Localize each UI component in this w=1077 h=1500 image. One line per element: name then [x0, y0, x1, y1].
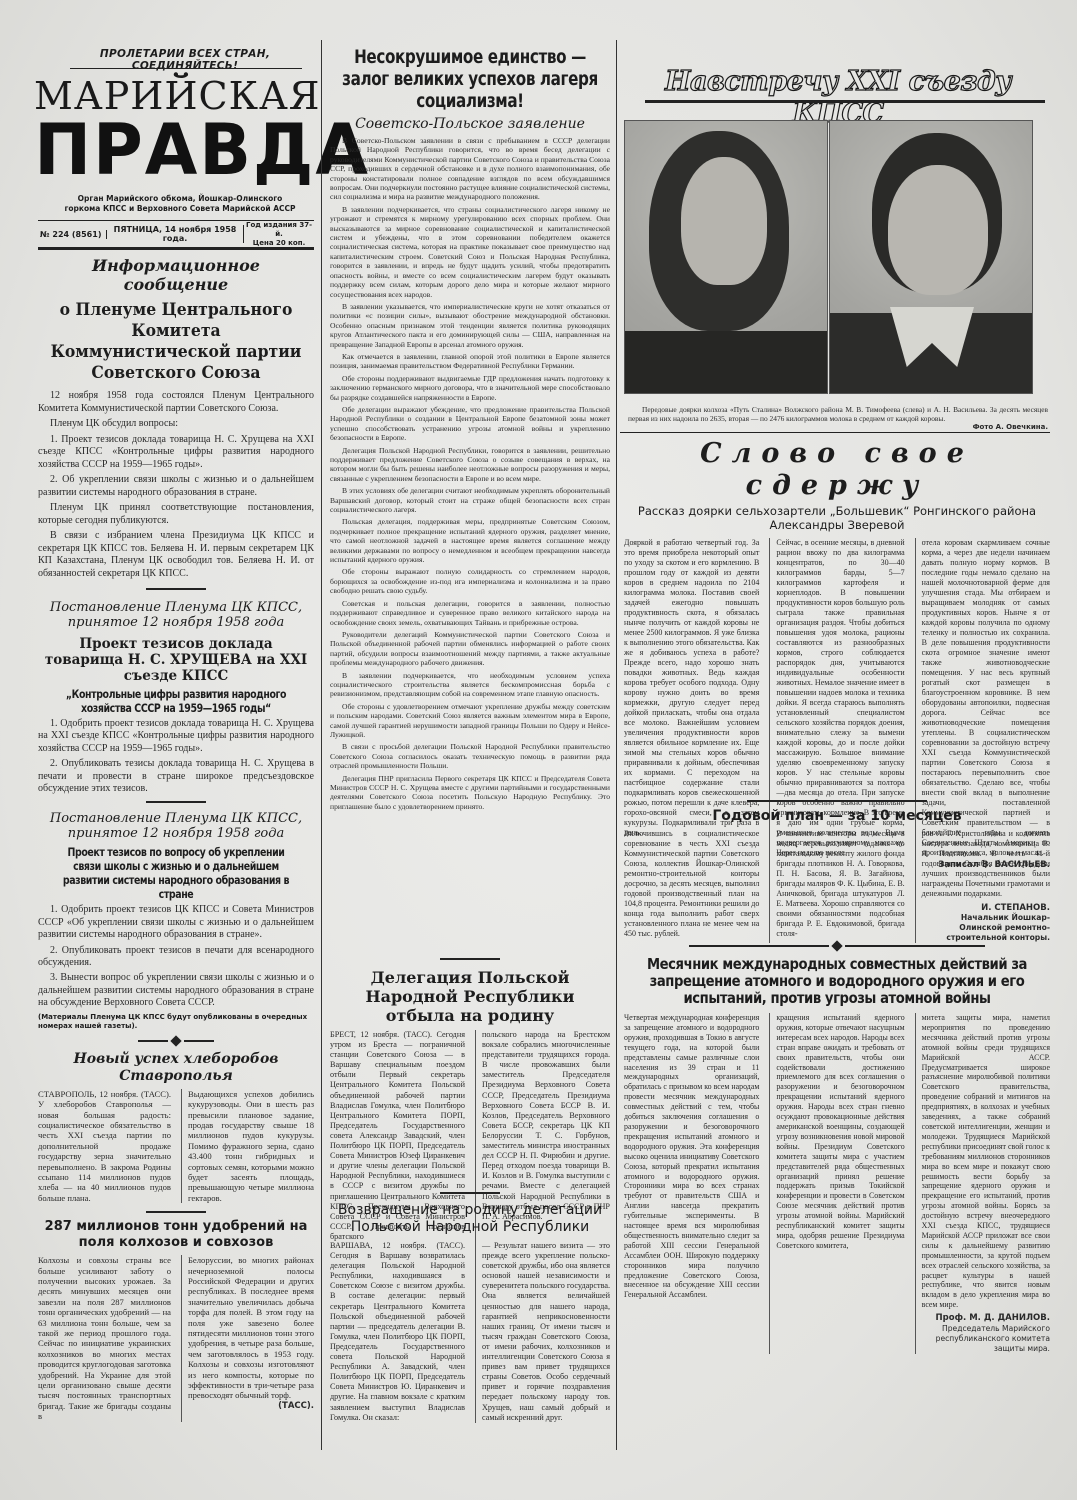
stavropol-body: СТАВРОПОЛЬ, 12 ноября. (ТАСС). У хлеборо…	[38, 1089, 314, 1203]
plan-body: Включившись в социалистическое соревнова…	[624, 829, 1050, 943]
section-divider	[440, 1192, 500, 1194]
unity-paragraph: В заявлении подчеркивается, что страны с…	[330, 205, 610, 299]
info-paragraph: Пленум ЦК обсудил вопросы:	[38, 418, 314, 431]
photo-caption-text: Передовые доярки колхоза «Путь Сталина» …	[628, 405, 1048, 423]
column-2: Несокрушимое единство — залог великих ус…	[330, 46, 610, 814]
info-headline: о Пленуме Центрального Комитета Коммунис…	[49, 300, 303, 384]
year-of-publication: Год издания 37-й.	[244, 221, 314, 239]
masthead-info-bar: № 224 (8561) ПЯТНИЦА, 14 ноября 1958 год…	[38, 220, 314, 250]
unity-body: В Советско-Польском заявлении в связи с …	[330, 136, 610, 811]
resolution2-paragraph: 3. Вынести вопрос об укреплении связи шк…	[38, 972, 314, 1009]
info-paragraph: 12 ноября 1958 года состоялся Пленум Цен…	[38, 390, 314, 415]
column-rule	[321, 40, 322, 1450]
peace-signature: Проф. М. Д. ДАНИЛОВ.	[922, 1314, 1050, 1324]
plan-signature-title: Начальник Йошкар-Олинской ремонтно-строи…	[922, 913, 1050, 943]
caption-rule	[620, 432, 1050, 433]
materials-note: (Материалы Пленума ЦК КПСС будут опублик…	[38, 1013, 314, 1031]
column-1: Информационное сообщение о Пленуме Центр…	[38, 256, 314, 1422]
resolution2-headline: Проект тезисов по вопросу об укреплении …	[63, 845, 289, 901]
unity-paragraph: Обе стороны поддерживают выдвигаемые ГДР…	[330, 374, 610, 402]
info-kicker: Информационное сообщение	[38, 256, 314, 294]
departure-headline: Делегация Польской Народной Республики о…	[330, 968, 610, 1025]
section-divider	[747, 800, 927, 802]
peace-text: митета защиты мира, наметил мероприятия …	[922, 1013, 1050, 1309]
plan-signature: И. СТЕПАНОВ.	[922, 903, 1050, 913]
issue-meta: Год издания 37-й. Цена 20 коп.	[244, 221, 314, 248]
return-column: — Результат нашего визита — это прежде в…	[475, 1241, 610, 1423]
return-column: ВАРШАВА, 12 ноября. (ТАСС). Сегодня в Ва…	[330, 1241, 465, 1423]
price: Цена 20 коп.	[244, 239, 314, 248]
fertilizer-column: Белоруссии, во многих районах нечернозем…	[181, 1255, 314, 1422]
unity-headline: Несокрушимое единство — залог великих ус…	[334, 46, 606, 112]
peace-body: Четвертая международная конференция за з…	[624, 1013, 1050, 1354]
section-divider	[146, 588, 206, 590]
peace-headline: Месячник международных совместных действ…	[632, 956, 1042, 1007]
resolution1-paragraph: 1. Одобрить проект тезисов доклада товар…	[38, 718, 314, 755]
resolution1-paragraph: 2. Опубликовать тезисы доклада товарища …	[38, 758, 314, 795]
peace-column: Четвертая международная конференция за з…	[624, 1013, 759, 1354]
plan-article: Годовой план — за 10 месяцев Включившись…	[624, 800, 1050, 943]
issue-date: ПЯТНИЦА, 14 ноября 1958 года.	[107, 225, 244, 243]
masthead-organ: Орган Марийского обкома, Йошкар-Олинског…	[60, 194, 300, 214]
info-paragraph: 2. Об укреплении связи школы с жизнью и …	[38, 474, 314, 499]
unity-paragraph: Делегация ПНР пригласила Первого секрета…	[330, 774, 610, 812]
unity-paragraph: Руководители делегаций Коммунистической …	[330, 630, 610, 668]
stavropol-column: Выдающихся успехов добились кукурузоводы…	[181, 1089, 314, 1203]
resolution2-body: 1. Одобрить проект тезисов ЦК КПСС и Сов…	[38, 904, 314, 1009]
newspaper-page: ПРОЛЕТАРИИ ВСЕХ СТРАН, СОЕДИНЯЙТЕСЬ! МАР…	[0, 0, 1077, 1500]
plan-column: В коллективе конторы из месяца в месяц п…	[769, 829, 904, 943]
fertilizer-headline: 287 миллионов тонн удобрений на поля кол…	[38, 1219, 314, 1251]
info-body: 12 ноября 1958 года состоялся Пленум Цен…	[38, 390, 314, 580]
unity-paragraph: Обе стороны с удовлетворением отмечают у…	[330, 702, 610, 740]
photo-vasilyeva	[829, 120, 1033, 394]
unity-paragraph: Советская и польская делегации, говоритс…	[330, 599, 610, 627]
ornament-divider	[38, 1037, 314, 1045]
fertilizer-body: Колхозы и совхозы страны все больше усил…	[38, 1255, 314, 1422]
peace-column: митета защиты мира, наметил мероприятия …	[915, 1013, 1050, 1354]
resolution2-paragraph: 1. Одобрить проект тезисов ЦК КПСС и Сов…	[38, 904, 314, 941]
resolution1-headline: Проект тезисов доклада товарища Н. С. ХР…	[38, 636, 314, 684]
photo-caption: Передовые доярки колхоза «Путь Сталина» …	[628, 405, 1048, 432]
peace-signature-title: Председатель Марийского республиканского…	[922, 1324, 1050, 1354]
photo-credit: Фото А. Овечкина.	[628, 423, 1048, 432]
unity-paragraph: В заявлении указывается, что империалист…	[330, 302, 610, 349]
plan-column: ров А. Г. Христолюбова и коллектив масте…	[915, 829, 1050, 943]
masthead-title-line2: ПРАВДА	[34, 112, 310, 188]
face	[681, 157, 767, 285]
section-divider	[146, 1211, 206, 1213]
unity-paragraph: В заявлении подчеркивается, что необходи…	[330, 671, 610, 699]
face	[888, 165, 988, 295]
photo-timofeeva	[624, 120, 828, 394]
unity-paragraph: В связи с просьбой делегации Польской На…	[330, 742, 610, 770]
ornament-divider	[624, 942, 1050, 950]
banner-rule	[645, 100, 1045, 103]
unity-paragraph: Делегация Польской Народной Республики, …	[330, 446, 610, 484]
unity-paragraph: Обе стороны выражают полную солидарность…	[330, 567, 610, 595]
stavropol-column: СТАВРОПОЛЬ, 12 ноября. (ТАСС). У хлеборо…	[38, 1089, 171, 1203]
unity-kicker: Советско-Польское заявление	[330, 116, 610, 132]
section-divider	[146, 801, 206, 803]
info-paragraph: В связи с избранием члена Президиума ЦК …	[38, 530, 314, 580]
return-body: ВАРШАВА, 12 ноября. (ТАСС). Сегодня в Ва…	[330, 1241, 610, 1423]
plan-text: ров А. Г. Христолюбова и коллектив масте…	[922, 829, 1050, 898]
unity-paragraph: В Советско-Польском заявлении в связи с …	[330, 136, 610, 202]
stavropol-headline: Новый успех хлеборобов Ставрополья	[38, 1051, 314, 1085]
info-paragraph: Пленум ЦК принял соответствующие постано…	[38, 502, 314, 527]
slogan-rule	[70, 68, 302, 69]
resolution2-paragraph: 2. Опубликовать проект тезисов в печати …	[38, 945, 314, 970]
peace-article: Месячник международных совместных действ…	[624, 942, 1050, 1354]
plan-column: Включившись в социалистическое соревнова…	[624, 829, 759, 943]
peace-column: кращения испытаний ядерного оружия, кото…	[769, 1013, 904, 1354]
info-paragraph: 1. Проект тезисов доклада товарища Н. С.…	[38, 434, 314, 472]
return-headline: Возвращение на родину делегации Польской…	[330, 1202, 610, 1236]
story-headline: Слово свое сдержу	[624, 438, 1050, 502]
resolution1-kicker: Постановление Пленума ЦК КПСС, принятое …	[38, 600, 314, 630]
resolution2-kicker: Постановление Пленума ЦК КПСС, принятое …	[38, 811, 314, 841]
column-rule	[616, 40, 617, 1450]
fertilizer-text: Белоруссии, во многих районах нечернозем…	[188, 1255, 314, 1400]
fertilizer-column: Колхозы и совхозы страны все больше усил…	[38, 1255, 171, 1422]
resolution1-body: 1. Одобрить проект тезисов доклада товар…	[38, 718, 314, 795]
resolution1-subhead: „Контрольные цифры развития народного хо…	[63, 687, 289, 715]
story-subhead: Рассказ доярки сельхозартели „Большевик“…	[634, 504, 1040, 532]
unity-paragraph: Как отмечается в заявлении, главной опор…	[330, 352, 610, 371]
section-divider	[440, 958, 500, 960]
fertilizer-source: (ТАСС).	[188, 1401, 314, 1411]
unity-paragraph: В этих условиях обе делегации считают не…	[330, 486, 610, 514]
unity-paragraph: Польская делегация, поддерживая меры, пр…	[330, 517, 610, 564]
clothing	[625, 331, 827, 393]
issue-number: № 224 (8561)	[38, 230, 107, 239]
return-article: Возвращение на родину делегации Польской…	[330, 1192, 610, 1423]
unity-paragraph: Обе делегации выражают убеждение, что пр…	[330, 405, 610, 443]
plan-headline: Годовой план — за 10 месяцев	[624, 808, 1050, 825]
